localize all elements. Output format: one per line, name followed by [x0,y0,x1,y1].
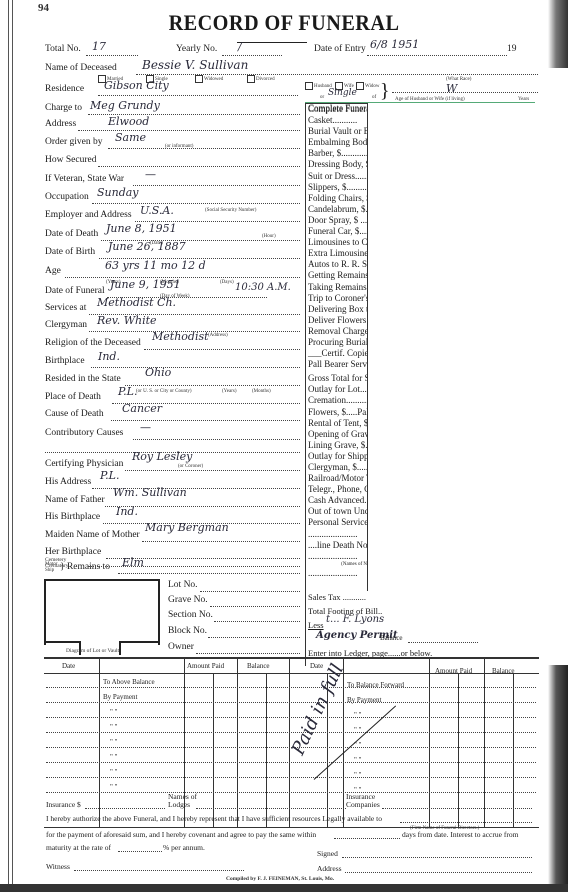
row-to-above-balance[interactable]: To Above Balance [103,678,155,686]
section-no-line[interactable] [214,621,300,622]
page-binding-edge [8,0,13,892]
marital-widowed[interactable]: Widowed [195,75,223,83]
insurance-companies-line[interactable] [382,808,532,809]
checkbox-widowed[interactable] [195,75,203,83]
mother-value[interactable]: Mary Bergman [145,521,229,534]
item-row[interactable]: Extra Limousines ....... [306,248,367,259]
resided-years-note: (Years) [222,389,237,394]
order-given-line [108,148,300,149]
brace: } [380,80,390,103]
his-address-value[interactable]: P.L. [100,469,119,482]
cemetery-line[interactable] [88,566,300,567]
item-row[interactable]: Outlay for Shipping Char [306,451,367,462]
insurance-line[interactable] [85,808,165,809]
balance-line [408,642,478,643]
employer-value[interactable]: U.S.A. [140,204,174,217]
lot-diagram-edge [120,641,158,643]
less-label: Less [308,620,324,630]
item-row[interactable]: Flowers, $.....Palms, $ [306,407,367,418]
title-rule [237,42,307,43]
scan-shadow-top [548,0,568,68]
lot-no-label: Lot No. [168,580,198,590]
row-ditto[interactable]: " " [110,768,117,776]
item-row[interactable]: ...................... [306,568,367,579]
row-by-payment[interactable]: By Payment [103,693,137,701]
item-row[interactable]: Cremation.............. [306,395,367,406]
veteran-value[interactable]: — [145,168,156,181]
funeral-hour-value[interactable]: 10:30 A.M. [235,282,291,293]
occupation-note: (Social Security Number) [205,208,256,213]
charge-to-label: Charge to [45,103,82,113]
cemetery-label: CemeteryCrematory [45,557,69,569]
paid-in-full-stamp: Paid in full [288,661,348,759]
item-row[interactable]: Rental of Tent, $....of T [306,418,367,429]
deceased-name-value[interactable]: Bessie V. Sullivan [142,58,248,72]
itemized-items: Complete Funeral (except on Casket......… [306,104,367,584]
race-value[interactable]: W [446,82,457,95]
mother-line [142,541,300,542]
total-no-value[interactable]: 17 [92,40,106,53]
block-no-line[interactable] [208,637,300,638]
row-ditto[interactable]: " " [110,708,117,716]
item-row[interactable]: Lining Grave, $......Lo [306,440,367,451]
place-of-death-label: Place of Death [45,392,101,402]
total-no-line [86,55,138,56]
item-row[interactable]: Autos to R. R. Station... [306,259,367,270]
total-no-label: Total No. [45,44,81,54]
spouse-widow[interactable]: Widow [356,82,380,90]
item-row[interactable]: Limousines to Cemetery.. [306,237,367,248]
birthplace-value[interactable]: Ind. [98,350,120,363]
race-line [392,92,538,93]
itemized-divider [305,583,306,666]
his-birthplace-label: His Birthplace [45,512,100,522]
days-line[interactable] [334,838,400,839]
how-secured-line[interactable] [98,166,300,167]
col-amount-right: Amount Paid [435,667,472,675]
employer-label: Employer and Address [45,210,132,220]
yearly-no-value[interactable]: / [238,40,242,53]
father-value[interactable]: Wm. Sullivan [113,486,187,499]
item-row[interactable]: ....line Death Notices i [306,540,367,551]
payments-table: Date Amount Paid Balance Date Amount Pai… [44,657,539,828]
yearly-no-line [222,55,282,56]
date-of-entry-line [367,55,507,56]
residence-line [98,95,298,96]
item-row[interactable]: Casket........... [306,115,367,126]
per-annum-text: % per annum. [163,843,205,852]
diagram-caption: Diagram of Lot or Vault [66,648,119,654]
resided-line [125,385,300,386]
item-row[interactable]: Getting Remains from.... [306,270,367,281]
address-line [78,130,300,131]
item-row[interactable]: Dressing Body, $......... [306,159,367,170]
balance-label: Balance [380,634,403,642]
item-row[interactable]: Opening of Grave or Tom [306,429,367,440]
services-at-value[interactable]: Methodist Ch. [97,296,176,309]
item-row[interactable]: Deliver Flowers to....... [306,315,367,326]
contributory-line [133,439,300,440]
place-of-death-value[interactable]: P.L. [118,385,137,398]
occupation-line [92,203,300,204]
his-birthplace-value[interactable]: Ind. [116,505,138,518]
item-row[interactable]: Personal Service........ [306,517,367,528]
physician-value[interactable]: Roy Lesley [132,450,192,463]
lot-diagram-edge [44,641,80,643]
item-row[interactable]: Telegr., Phone, Cable or [306,484,367,495]
lodges-line[interactable] [196,808,346,809]
order-given-note: (or informant) [165,144,193,149]
spouse-or-suffix: of [372,95,376,100]
spouse-or-value[interactable]: Single [328,88,357,98]
veteran-line [133,185,300,186]
her-birthplace-label: Her Birthplace [45,547,101,557]
owner-label: Owner [168,642,194,652]
item-row[interactable]: Out of town Undertaker' [306,506,367,517]
order-given-value[interactable]: Same [115,131,146,144]
lot-no-line[interactable] [200,591,300,592]
age-value[interactable]: 63 yrs 11 mo 12 d [105,259,206,272]
days-from-date-text: days from date. Interest to accrue from [402,830,518,839]
date-of-entry-value[interactable]: 6/8 1951 [370,38,419,51]
maturity-text: maturity at the rate of [46,843,111,852]
mother-label: Maiden Name of Mother [45,530,140,540]
lodges-label: Names ofLodges [168,793,197,809]
item-row[interactable]: Railroad/Motor Tickets, $...... [306,473,367,484]
father-label: Name of Father [45,495,105,505]
physician-label: Certifying Physician [45,459,123,469]
item-row[interactable]: Funeral Car, $........An [306,226,367,237]
row-ditto[interactable]: " " [110,723,117,731]
religion-label: Religion of the Deceased [45,338,141,348]
checkbox-divorced[interactable] [247,75,255,83]
col-date-left: Date [62,662,75,670]
payment-text: for the payment of aforesaid sum, and I … [46,830,316,839]
item-row[interactable]: Trip to Coroner's Inquest [306,293,367,304]
section-no-label: Section No. [168,610,213,620]
date-of-death-value[interactable]: June 8, 1951 [106,222,177,235]
resided-value[interactable]: Ohio [145,366,171,379]
item-row[interactable]: Complete Funeral (except on [306,104,367,115]
date-of-entry-label: Date of Entry [314,44,366,54]
age-days-note: (Days) [220,280,234,285]
item-row[interactable]: ___Certif. Copies of Death [306,348,367,359]
owner-line[interactable] [196,653,300,654]
deceased-name-label: Name of Deceased [45,63,117,73]
col-balance-left: Balance [247,662,270,670]
order-given-label: Order given by [45,137,103,147]
witness-label: Witness [46,862,70,871]
occupation-label: Occupation [45,192,89,202]
less-value[interactable]: t... F. Lyons [326,614,384,625]
resided-note: (or U. S. or City or County) [136,389,192,394]
item-row[interactable]: Slippers, $............H [306,182,367,193]
footer-credit: Compiled by F. J. FEINEMAN, St. Louis, M… [226,876,334,882]
date-of-entry-suffix: 19 [507,44,517,54]
residence-label: Residence [45,84,84,94]
item-row[interactable]: Burial Vault or Box ...... [306,126,367,137]
birthplace-line [91,367,300,368]
item-row[interactable]: Taking Remains to....... [306,282,367,293]
how-secured-label: How Secured [45,155,96,165]
block-no-label: Block No. [168,626,207,636]
item-row[interactable]: Pall Bearer Service, $.... [306,359,367,370]
checkbox-husband[interactable] [305,82,313,90]
cause-of-death-label: Cause of Death [45,409,104,419]
occupation-value[interactable]: Sunday [97,186,139,199]
witness-line[interactable] [74,870,244,871]
item-row[interactable]: Barber, $............Hair [306,148,367,159]
item-row[interactable]: Procuring Burial Permit.. [306,337,367,348]
date-of-funeral-label: Date of Funeral [45,286,105,296]
address-line-footer[interactable] [345,872,532,873]
clergyman-address-note: (Address) [208,333,228,338]
services-at-label: Services at [45,303,86,313]
col-balance-right: Balance [492,667,515,675]
item-row[interactable]: Delivering Box to........ [306,304,367,315]
contributory-label: Contributory Causes [45,428,123,438]
scan-shadow-footer [0,884,568,892]
item-row[interactable]: ...................... [306,529,367,540]
authorize-text: I hereby authorize the above Funeral, an… [46,814,382,823]
his-address-label: His Address [45,477,91,487]
lot-diagram-box [44,579,160,645]
item-row[interactable]: Embalming Body ........ [306,137,367,148]
age-label: Age [45,266,61,276]
date-of-birth-label: Date of Birth [45,247,95,257]
contributory-value[interactable]: — [140,421,151,434]
remains-to-value[interactable]: Elm [122,556,144,569]
date-of-funeral-value[interactable]: June 9, 1951 [110,278,181,291]
col-date-right: Date [310,662,323,670]
rate-line[interactable] [118,851,162,852]
hour-note: (Hour) [262,234,276,239]
lot-diagram-post [119,641,121,655]
veteran-label: If Veteran, State War [45,174,124,184]
item-row[interactable]: Clergyman, $.....Singers [306,462,367,473]
item-row[interactable]: Door Spray, $ .........G [306,215,367,226]
remains-to-line [118,573,300,574]
scan-shadow-bottom [548,665,568,892]
grave-no-line[interactable] [210,606,300,607]
birthplace-label: Birthplace [45,356,85,366]
religion-line [144,349,300,350]
item-row[interactable]: Folding Chairs, $.......T [306,193,367,204]
date-of-birth-value[interactable]: June 26, 1887 [108,240,186,253]
address-label: Address [45,119,76,129]
item-row[interactable]: Suit or Dress........... [306,171,367,182]
marital-divorced[interactable]: Divorced [247,75,275,83]
yearly-no-label: Yearly No. [176,44,217,54]
sales-tax-label[interactable]: Sales Tax ........... [308,592,366,602]
address-value[interactable]: Elwood [108,115,149,128]
item-row[interactable]: Candelabrum, $........C [306,204,367,215]
charge-to-value[interactable]: Meg Grundy [90,99,160,112]
page-title: RECORD OF FUNERAL [23,10,546,36]
item-row[interactable]: Gross Total for Sales Tax [306,373,367,384]
signed-label: Signed [317,849,338,858]
address-label-footer: Address [317,864,342,873]
clergyman-label: Clergyman [45,320,87,330]
insurance-label: Insurance $ [46,800,81,809]
physician-line [125,470,300,471]
insurance-companies-label: InsuranceCompanies [346,793,380,809]
clergyman-value[interactable]: Rev. White [97,314,157,327]
grave-no-label: Grave No. [168,595,208,605]
item-row[interactable]: ...................... [306,551,367,562]
spouse-or-label: or [320,95,324,100]
firm-name-line[interactable] [400,822,532,823]
signed-line[interactable] [342,857,532,858]
date-of-death-label: Date of Death [45,229,98,239]
resided-label: Resided in the State [45,374,121,384]
col-amount-left: Amount Paid [187,662,224,670]
item-row[interactable]: Removal Charges........ [306,326,367,337]
checkbox-widow[interactable] [356,82,364,90]
residence-value[interactable]: Gibson City [104,79,169,92]
religion-value[interactable]: Methodist [152,330,209,343]
row-ditto[interactable]: " " [110,753,117,761]
physician-note: (or Coroner) [178,464,203,469]
resided-months-note: (Months) [252,389,271,394]
age-line [65,277,300,278]
row-ditto[interactable]: " " [110,783,117,791]
item-row[interactable]: Outlay for Lot.......... [306,384,367,395]
item-row[interactable]: Cash Advanced......... [306,495,367,506]
row-ditto[interactable]: " " [110,738,117,746]
cause-of-death-value[interactable]: Cancer [122,402,162,415]
